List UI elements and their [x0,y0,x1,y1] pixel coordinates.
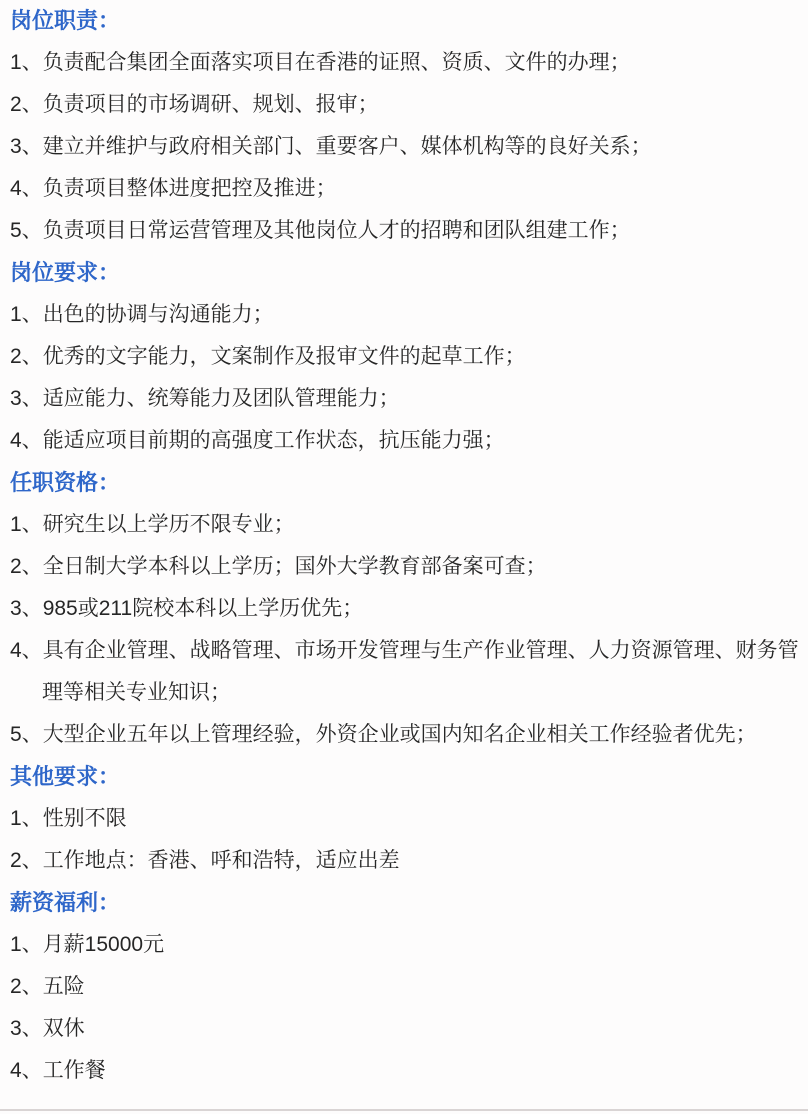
item-number: 2、 [10,336,43,378]
job-description-document: 岗位职责： 1、负责配合集团全面落实项目在香港的证照、资质、文件的办理； 2、负… [0,0,808,1092]
item-text: 具有企业管理、战略管理、市场开发管理与生产作业管理、人力资源管理、财务管 [43,639,799,662]
list-item: 2、优秀的文字能力，文案制作及报审文件的起草工作； [10,336,802,378]
item-number: 1、 [10,798,43,840]
section-title-duties: 岗位职责： [10,0,802,42]
item-text: 负责项目的市场调研、规划、报审； [43,93,379,116]
item-text: 适应能力、统筹能力及团队管理能力； [43,387,400,410]
item-number: 4、 [10,168,43,210]
list-item: 1、研究生以上学历不限专业； [10,504,802,546]
item-number: 5、 [10,714,43,756]
item-text: 大型企业五年以上管理经验，外资企业或国内知名企业相关工作经验者优先； [43,723,757,746]
item-number: 3、 [10,378,43,420]
list-item-continuation: 理等相关专业知识； [10,672,802,714]
item-number: 4、 [10,630,43,672]
item-number: 3、 [10,588,43,630]
item-number: 1、 [10,42,43,84]
item-number: 2、 [10,966,43,1008]
list-item: 5、大型企业五年以上管理经验，外资企业或国内知名企业相关工作经验者优先； [10,714,802,756]
item-text: 研究生以上学历不限专业； [43,513,295,536]
item-number: 5、 [10,210,43,252]
item-text: 性别不限 [43,807,127,830]
list-item: 3、适应能力、统筹能力及团队管理能力； [10,378,802,420]
section-title-requirements: 岗位要求： [10,252,802,294]
list-item: 4、工作餐 [10,1050,802,1092]
item-text: 优秀的文字能力，文案制作及报审文件的起草工作； [43,345,526,368]
item-number: 3、 [10,126,43,168]
section-title-salary-benefits: 薪资福利： [10,882,802,924]
list-item: 1、出色的协调与沟通能力； [10,294,802,336]
item-number: 1、 [10,924,43,966]
list-item: 2、负责项目的市场调研、规划、报审； [10,84,802,126]
section-title-qualifications: 任职资格： [10,462,802,504]
item-text: 全日制大学本科以上学历；国外大学教育部备案可查； [43,555,547,578]
item-number: 4、 [10,420,43,462]
list-item: 1、性别不限 [10,798,802,840]
item-number: 1、 [10,294,43,336]
list-item: 3、985或211院校本科以上学历优先； [10,588,802,630]
item-number: 2、 [10,840,43,882]
item-text: 双休 [43,1017,85,1040]
item-number: 2、 [10,84,43,126]
item-text: 负责项目日常运营管理及其他岗位人才的招聘和团队组建工作； [43,219,631,242]
item-text: 985或211院校本科以上学历优先； [43,597,364,620]
list-item: 3、双休 [10,1008,802,1050]
list-item: 3、建立并维护与政府相关部门、重要客户、媒体机构等的良好关系； [10,126,802,168]
item-number: 2、 [10,546,43,588]
bottom-divider [0,1109,808,1111]
item-text: 负责配合集团全面落实项目在香港的证照、资质、文件的办理； [43,51,631,74]
item-text: 建立并维护与政府相关部门、重要客户、媒体机构等的良好关系； [43,135,652,158]
item-text: 负责项目整体进度把控及推进； [43,177,337,200]
section-title-other-requirements: 其他要求： [10,756,802,798]
list-item: 1、负责配合集团全面落实项目在香港的证照、资质、文件的办理； [10,42,802,84]
item-text: 工作地点：香港、呼和浩特，适应出差 [43,849,400,872]
item-number: 1、 [10,504,43,546]
item-number: 3、 [10,1008,43,1050]
item-text: 出色的协调与沟通能力； [43,303,274,326]
list-item: 2、全日制大学本科以上学历；国外大学教育部备案可查； [10,546,802,588]
list-item: 2、工作地点：香港、呼和浩特，适应出差 [10,840,802,882]
item-text: 工作餐 [43,1059,106,1082]
item-number: 4、 [10,1050,43,1092]
item-text: 月薪15000元 [43,933,164,956]
item-text: 五险 [43,975,85,998]
list-item: 4、负责项目整体进度把控及推进； [10,168,802,210]
list-item: 4、能适应项目前期的高强度工作状态，抗压能力强； [10,420,802,462]
item-text: 能适应项目前期的高强度工作状态，抗压能力强； [43,429,505,452]
list-item: 5、负责项目日常运营管理及其他岗位人才的招聘和团队组建工作； [10,210,802,252]
list-item: 1、月薪15000元 [10,924,802,966]
list-item: 2、五险 [10,966,802,1008]
list-item: 4、具有企业管理、战略管理、市场开发管理与生产作业管理、人力资源管理、财务管 [10,630,802,672]
